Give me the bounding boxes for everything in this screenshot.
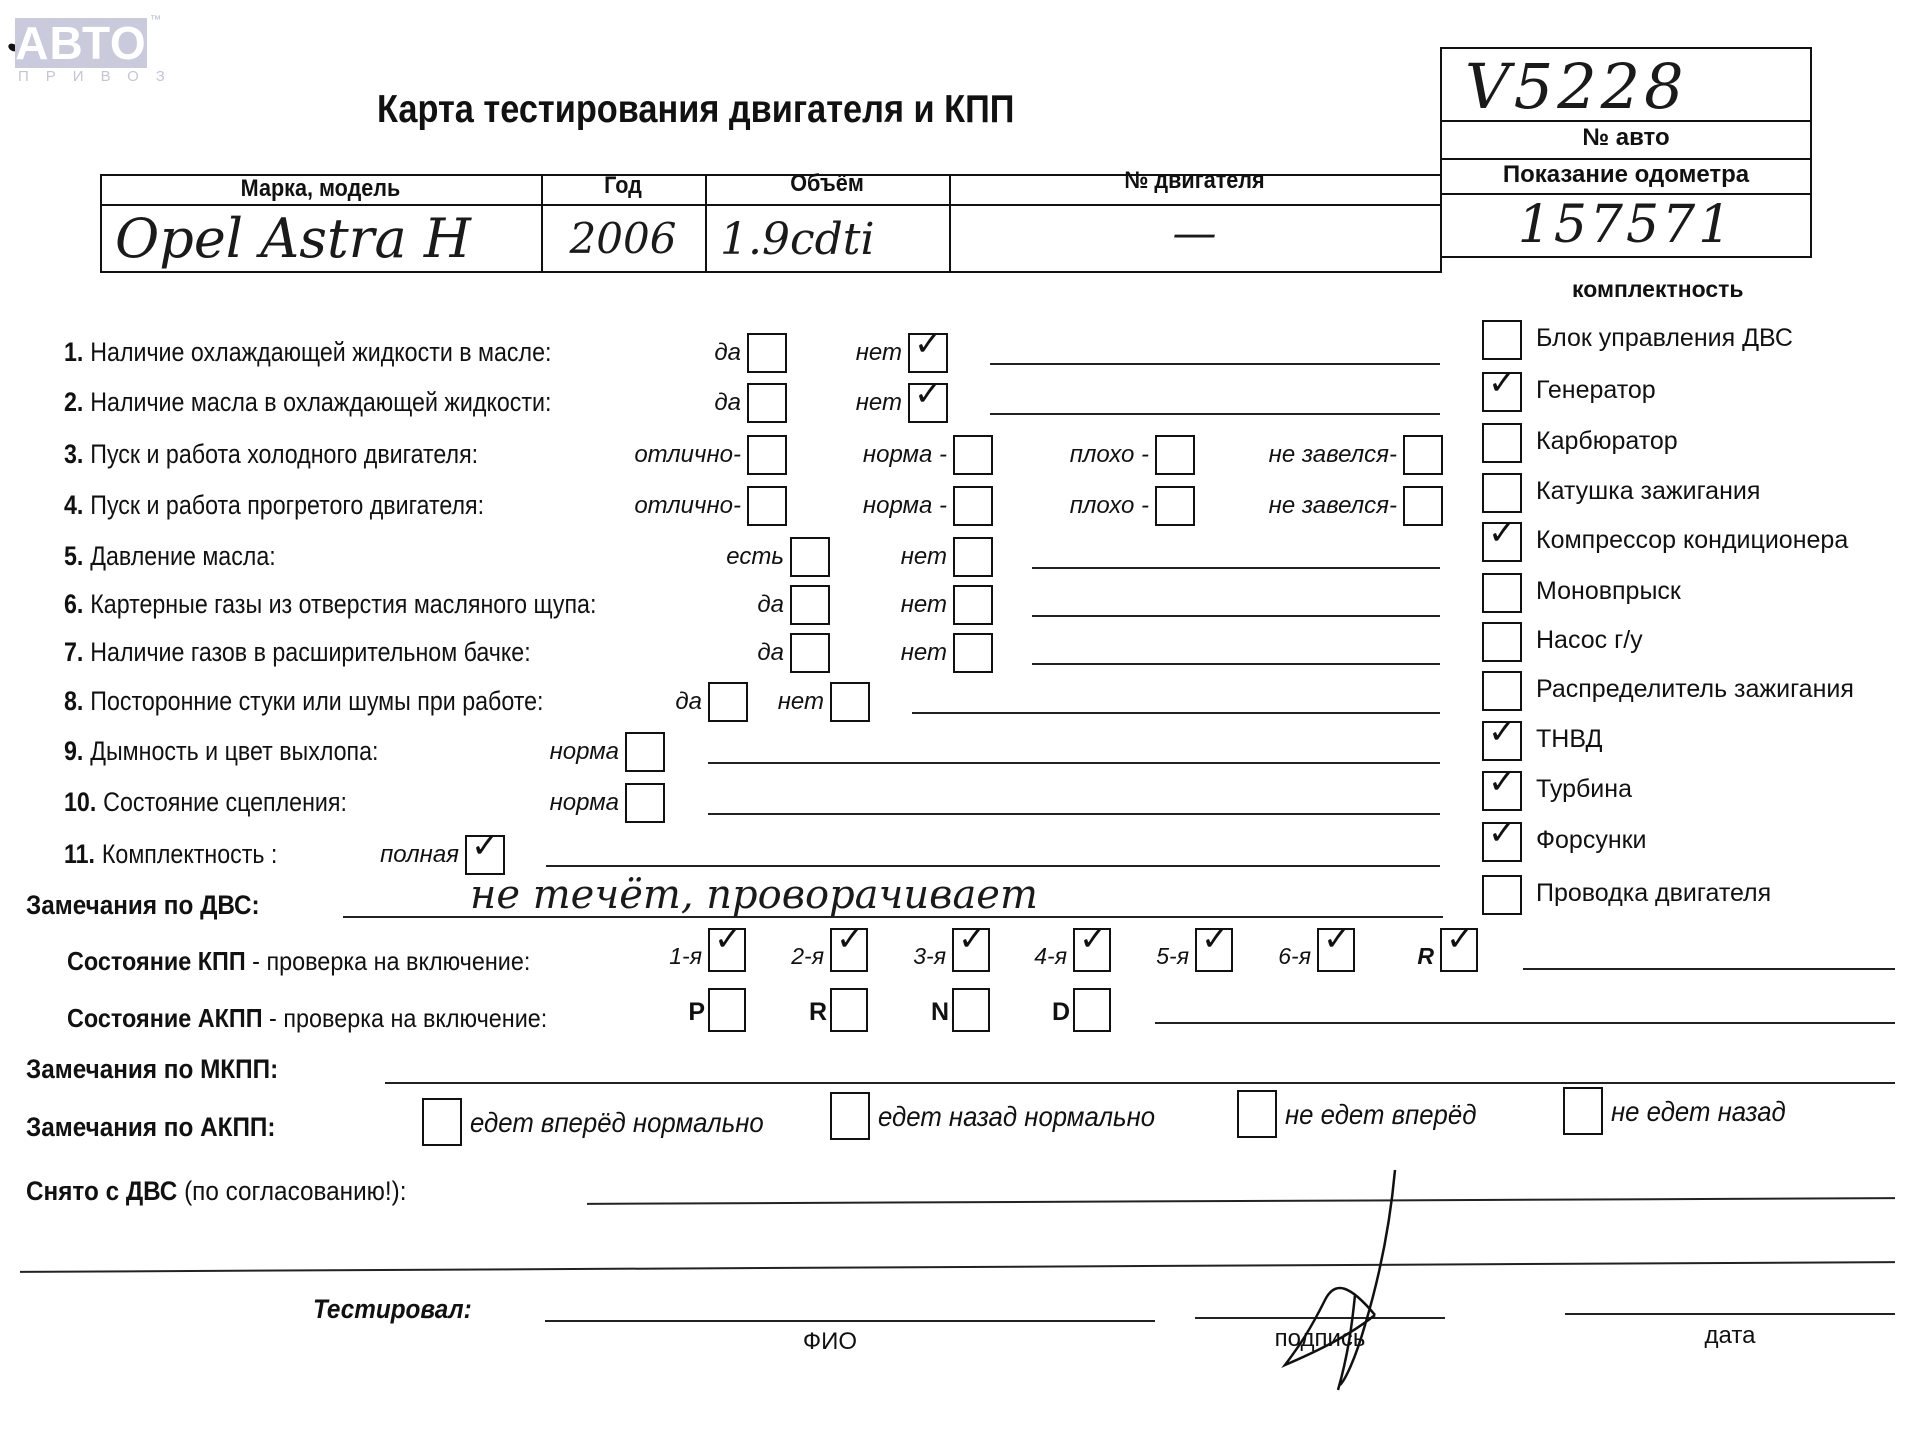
odometer-label: Показание одометра	[1440, 161, 1812, 189]
gear-checkbox[interactable]: ✓	[1195, 928, 1233, 972]
odometer-value[interactable]: 157571	[1440, 195, 1812, 255]
komplektnost-label: Катушка зажигания	[1536, 477, 1760, 506]
option-label: нет	[856, 389, 902, 417]
fio-label: ФИО	[780, 1328, 880, 1356]
option-checkbox[interactable]	[747, 435, 787, 475]
question-number: 7.	[64, 637, 83, 667]
question-text: Наличие масла в охлаждающей жидкости:	[90, 387, 551, 417]
col-header-model: Марка, модель	[122, 175, 519, 203]
check-mark-icon: ✓	[1488, 765, 1517, 799]
question-label: 10.Состояние сцепления:	[64, 787, 347, 818]
question-number: 9.	[64, 736, 83, 766]
option-checkbox[interactable]: ✓	[465, 835, 505, 875]
option-checkbox[interactable]	[625, 732, 665, 772]
akpp-remark-checkbox[interactable]	[422, 1098, 462, 1146]
option-checkbox[interactable]: ✓	[908, 333, 948, 373]
gear-label: 3-я	[913, 943, 946, 970]
col-divider	[705, 174, 707, 273]
col-header-year: Год	[549, 172, 697, 200]
mkpp-remarks-line[interactable]	[385, 1082, 1895, 1084]
option-label: отлично-	[634, 441, 741, 469]
akpp-position-label: N	[931, 998, 949, 1027]
option-label: отлично-	[634, 492, 741, 520]
question-label: 8.Посторонние стуки или шумы при работе:	[64, 686, 543, 717]
komplektnost-checkbox[interactable]: ✓	[1482, 522, 1522, 562]
komplektnost-label: Генератор	[1536, 376, 1656, 405]
akpp-position-label: R	[809, 998, 827, 1027]
check-mark-icon: ✓	[1079, 922, 1108, 956]
komplektnost-label: Моновпрыск	[1536, 577, 1681, 606]
question-number: 3.	[64, 439, 83, 469]
check-mark-icon: ✓	[1201, 922, 1230, 956]
question-number: 2.	[64, 387, 83, 417]
komplektnost-label: ТНВД	[1536, 725, 1602, 754]
option-label: нет	[778, 688, 824, 716]
option-checkbox[interactable]	[790, 633, 830, 673]
option-checkbox[interactable]	[790, 585, 830, 625]
option-label: да	[757, 591, 784, 619]
komplektnost-label: Распределитель зажигания	[1536, 675, 1854, 704]
question-text: Состояние сцепления:	[103, 787, 347, 817]
question-text: Комплектность :	[102, 839, 277, 869]
gear-label: R	[1417, 943, 1434, 970]
question-label: 3.Пуск и работа холодного двигателя:	[64, 439, 478, 470]
check-mark-icon: ✓	[914, 327, 943, 361]
option-label: нет	[901, 639, 947, 667]
comment-line[interactable]	[990, 363, 1440, 365]
gear-label: 4-я	[1034, 943, 1067, 970]
question-number: 4.	[64, 490, 83, 520]
option-label: норма	[550, 738, 619, 766]
kpp-label-bold: Состояние КПП	[67, 946, 246, 976]
question-label: 7.Наличие газов в расширительном бачке:	[64, 637, 531, 668]
option-checkbox[interactable]	[1403, 435, 1443, 475]
comment-line[interactable]	[1032, 567, 1440, 569]
komplektnost-checkbox[interactable]	[1482, 423, 1522, 463]
option-label: да	[675, 688, 702, 716]
question-label: 9.Дымность и цвет выхлопа:	[64, 736, 378, 767]
col-header-engine-no: № двигателя	[974, 167, 1416, 195]
check-mark-icon: ✓	[836, 922, 865, 956]
akpp-remark-checkbox[interactable]	[830, 1092, 870, 1140]
divider	[1440, 158, 1812, 160]
kpp-line	[1523, 968, 1895, 970]
option-label: норма -	[863, 441, 947, 469]
col-header-volume: Объём	[717, 170, 937, 198]
engine-remarks-value[interactable]: не течёт, проворачивает	[470, 872, 1038, 918]
option-checkbox[interactable]	[953, 486, 993, 526]
engine-remarks-label: Замечания по ДВС:	[26, 890, 260, 921]
removed-label: Снято с ДВС (по согласованию!):	[26, 1176, 406, 1207]
komplektnost-checkbox[interactable]	[1482, 473, 1522, 513]
logo-trademark: ™	[150, 14, 161, 26]
question-number: 1.	[64, 337, 83, 367]
comment-line[interactable]	[1032, 615, 1440, 617]
check-mark-icon: ✓	[471, 829, 500, 863]
page-title: Карта тестирования двигателя и КПП	[377, 88, 1014, 132]
removed-label-rest: (по согласованию!):	[177, 1176, 406, 1206]
option-label: нет	[856, 339, 902, 367]
removed-line-2[interactable]	[20, 1261, 1895, 1273]
fio-line[interactable]	[545, 1320, 1155, 1322]
option-label: нет	[901, 543, 947, 571]
option-checkbox[interactable]	[747, 383, 787, 423]
signature-scribble	[1240, 1165, 1400, 1395]
option-checkbox[interactable]	[1403, 486, 1443, 526]
mkpp-remarks-label: Замечания по МКПП:	[26, 1054, 278, 1085]
question-text: Посторонние стуки или шумы при работе:	[90, 686, 543, 716]
option-label: да	[757, 639, 784, 667]
kpp-label: Состояние КПП - проверка на включение:	[67, 946, 530, 977]
gear-checkbox[interactable]: ✓	[1317, 928, 1355, 972]
comment-line[interactable]	[546, 865, 1440, 867]
option-checkbox[interactable]	[1155, 486, 1195, 526]
option-checkbox[interactable]	[830, 682, 870, 722]
comment-line[interactable]	[708, 813, 1440, 815]
question-number: 6.	[64, 589, 83, 619]
comment-line[interactable]	[912, 712, 1440, 714]
akpp-remark-label: не едет вперёд	[1285, 1099, 1476, 1131]
question-label: 11.Комплектность :	[64, 839, 277, 870]
komplektnost-label: Форсунки	[1536, 826, 1647, 855]
gear-checkbox[interactable]: ✓	[1073, 928, 1111, 972]
komplektnost-checkbox[interactable]	[1482, 671, 1522, 711]
option-checkbox[interactable]	[953, 633, 993, 673]
question-text: Пуск и работа прогретого двигателя:	[90, 490, 484, 520]
akpp-label-rest: - проверка на включение:	[263, 1003, 548, 1033]
akpp-remark-label: едет назад нормально	[878, 1101, 1155, 1133]
question-text: Дымность и цвет выхлопа:	[90, 736, 378, 766]
question-text: Пуск и работа холодного двигателя:	[90, 439, 478, 469]
check-mark-icon: ✓	[714, 922, 743, 956]
tested-by-label: Тестировал:	[313, 1294, 472, 1325]
question-label: 2.Наличие масла в охлаждающей жидкости:	[64, 387, 551, 418]
gear-checkbox[interactable]: ✓	[952, 928, 990, 972]
komplektnost-title: комплектность	[1572, 276, 1744, 303]
question-label: 4.Пуск и работа прогретого двигателя:	[64, 490, 484, 521]
option-label: норма	[550, 789, 619, 817]
option-label: не завелся-	[1269, 441, 1397, 469]
komplektnost-checkbox[interactable]: ✓	[1482, 822, 1522, 862]
akpp-remark-checkbox[interactable]	[1563, 1087, 1603, 1135]
table-divider	[100, 204, 1442, 206]
option-checkbox[interactable]	[953, 585, 993, 625]
car-number-value[interactable]: V5228	[1465, 50, 1688, 123]
option-label: плохо -	[1070, 492, 1149, 520]
option-label: да	[714, 389, 741, 417]
komplektnost-label: Блок управления ДВС	[1536, 324, 1793, 353]
komplektnost-label: Компрессор кондиционера	[1536, 526, 1848, 555]
check-mark-icon: ✓	[1323, 922, 1352, 956]
model-value[interactable]: Opel Astra H	[115, 207, 471, 270]
komplektnost-label: Насос г/у	[1536, 626, 1643, 655]
gear-label: 6-я	[1278, 943, 1311, 970]
akpp-position-checkbox[interactable]	[830, 988, 868, 1032]
check-mark-icon: ✓	[1488, 715, 1517, 749]
option-label: плохо -	[1070, 441, 1149, 469]
option-label: есть	[726, 543, 784, 571]
komplektnost-checkbox[interactable]: ✓	[1482, 372, 1522, 412]
komplektnost-checkbox[interactable]	[1482, 573, 1522, 613]
komplektnost-checkbox[interactable]: ✓	[1482, 721, 1522, 761]
komplektnost-label: Карбюратор	[1536, 427, 1678, 456]
option-checkbox[interactable]	[953, 435, 993, 475]
option-label: не завелся-	[1269, 492, 1397, 520]
komplektnost-checkbox[interactable]: ✓	[1482, 771, 1522, 811]
option-label: да	[714, 339, 741, 367]
engine-no-value[interactable]: —	[949, 208, 1440, 259]
question-number: 8.	[64, 686, 83, 716]
komplektnost-checkbox[interactable]	[1482, 622, 1522, 662]
year-value[interactable]: 2006	[541, 214, 705, 263]
check-mark-icon: ✓	[1446, 922, 1475, 956]
comment-line[interactable]	[1032, 663, 1440, 665]
komplektnost-label: Проводка двигателя	[1536, 879, 1771, 908]
check-mark-icon: ✓	[958, 922, 987, 956]
logo: АВТО	[15, 18, 147, 68]
question-text: Картерные газы из отверстия масляного щу…	[90, 589, 596, 619]
option-checkbox[interactable]	[747, 333, 787, 373]
question-label: 5.Давление масла:	[64, 541, 276, 572]
option-label: норма -	[863, 492, 947, 520]
removed-label-bold: Снято с ДВС	[26, 1176, 177, 1206]
option-checkbox[interactable]: ✓	[908, 383, 948, 423]
option-checkbox[interactable]	[953, 537, 993, 577]
check-mark-icon: ✓	[1488, 816, 1517, 850]
question-text: Давление масла:	[90, 541, 275, 571]
akpp-position-checkbox[interactable]	[708, 988, 746, 1032]
akpp-remark-label: не едет назад	[1611, 1096, 1786, 1128]
option-checkbox[interactable]	[747, 486, 787, 526]
volume-value[interactable]: 1.9cdti	[720, 214, 875, 265]
gear-checkbox[interactable]: ✓	[708, 928, 746, 972]
check-mark-icon: ✓	[914, 377, 943, 411]
option-checkbox[interactable]	[625, 783, 665, 823]
question-number: 10.	[64, 787, 96, 817]
option-checkbox[interactable]	[708, 682, 748, 722]
check-mark-icon: ✓	[1488, 516, 1517, 550]
gear-label: 5-я	[1156, 943, 1189, 970]
gear-label: 2-я	[791, 943, 824, 970]
komplektnost-checkbox[interactable]	[1482, 875, 1522, 915]
akpp-position-checkbox[interactable]	[1073, 988, 1111, 1032]
akpp-position-label: P	[688, 998, 705, 1027]
akpp-remark-label: едет вперёд нормально	[470, 1107, 764, 1139]
date-line[interactable]	[1565, 1313, 1895, 1315]
gear-label: 1-я	[669, 943, 702, 970]
question-label: 1.Наличие охлаждающей жидкости в масле:	[64, 337, 551, 368]
gear-checkbox[interactable]: ✓	[1440, 928, 1478, 972]
akpp-label: Состояние АКПП - проверка на включение:	[67, 1003, 547, 1034]
option-checkbox[interactable]	[1155, 435, 1195, 475]
question-text: Наличие охлаждающей жидкости в масле:	[90, 337, 551, 367]
akpp-label-bold: Состояние АКПП	[67, 1003, 263, 1033]
akpp-remarks-label: Замечания по АКПП:	[26, 1112, 275, 1143]
option-label: полная	[380, 841, 459, 869]
komplektnost-checkbox[interactable]	[1482, 320, 1522, 360]
akpp-remark-checkbox[interactable]	[1237, 1090, 1277, 1138]
akpp-position-label: D	[1052, 998, 1070, 1027]
question-label: 6.Картерные газы из отверстия масляного …	[64, 589, 596, 620]
kpp-label-rest: - проверка на включение:	[246, 946, 531, 976]
check-mark-icon: ✓	[1488, 366, 1517, 400]
akpp-line	[1155, 1022, 1895, 1024]
car-number-label: № авто	[1440, 124, 1812, 152]
question-number: 11.	[64, 839, 95, 869]
comment-line[interactable]	[708, 762, 1440, 764]
akpp-position-checkbox[interactable]	[952, 988, 990, 1032]
comment-line[interactable]	[990, 413, 1440, 415]
date-label: дата	[1680, 1322, 1780, 1350]
question-text: Наличие газов в расширительном бачке:	[90, 637, 530, 667]
gear-checkbox[interactable]: ✓	[830, 928, 868, 972]
logo-subtitle: ПРИВОЗ	[18, 68, 182, 85]
question-number: 5.	[64, 541, 83, 571]
option-checkbox[interactable]	[790, 537, 830, 577]
option-label: нет	[901, 591, 947, 619]
komplektnost-label: Турбина	[1536, 775, 1632, 804]
